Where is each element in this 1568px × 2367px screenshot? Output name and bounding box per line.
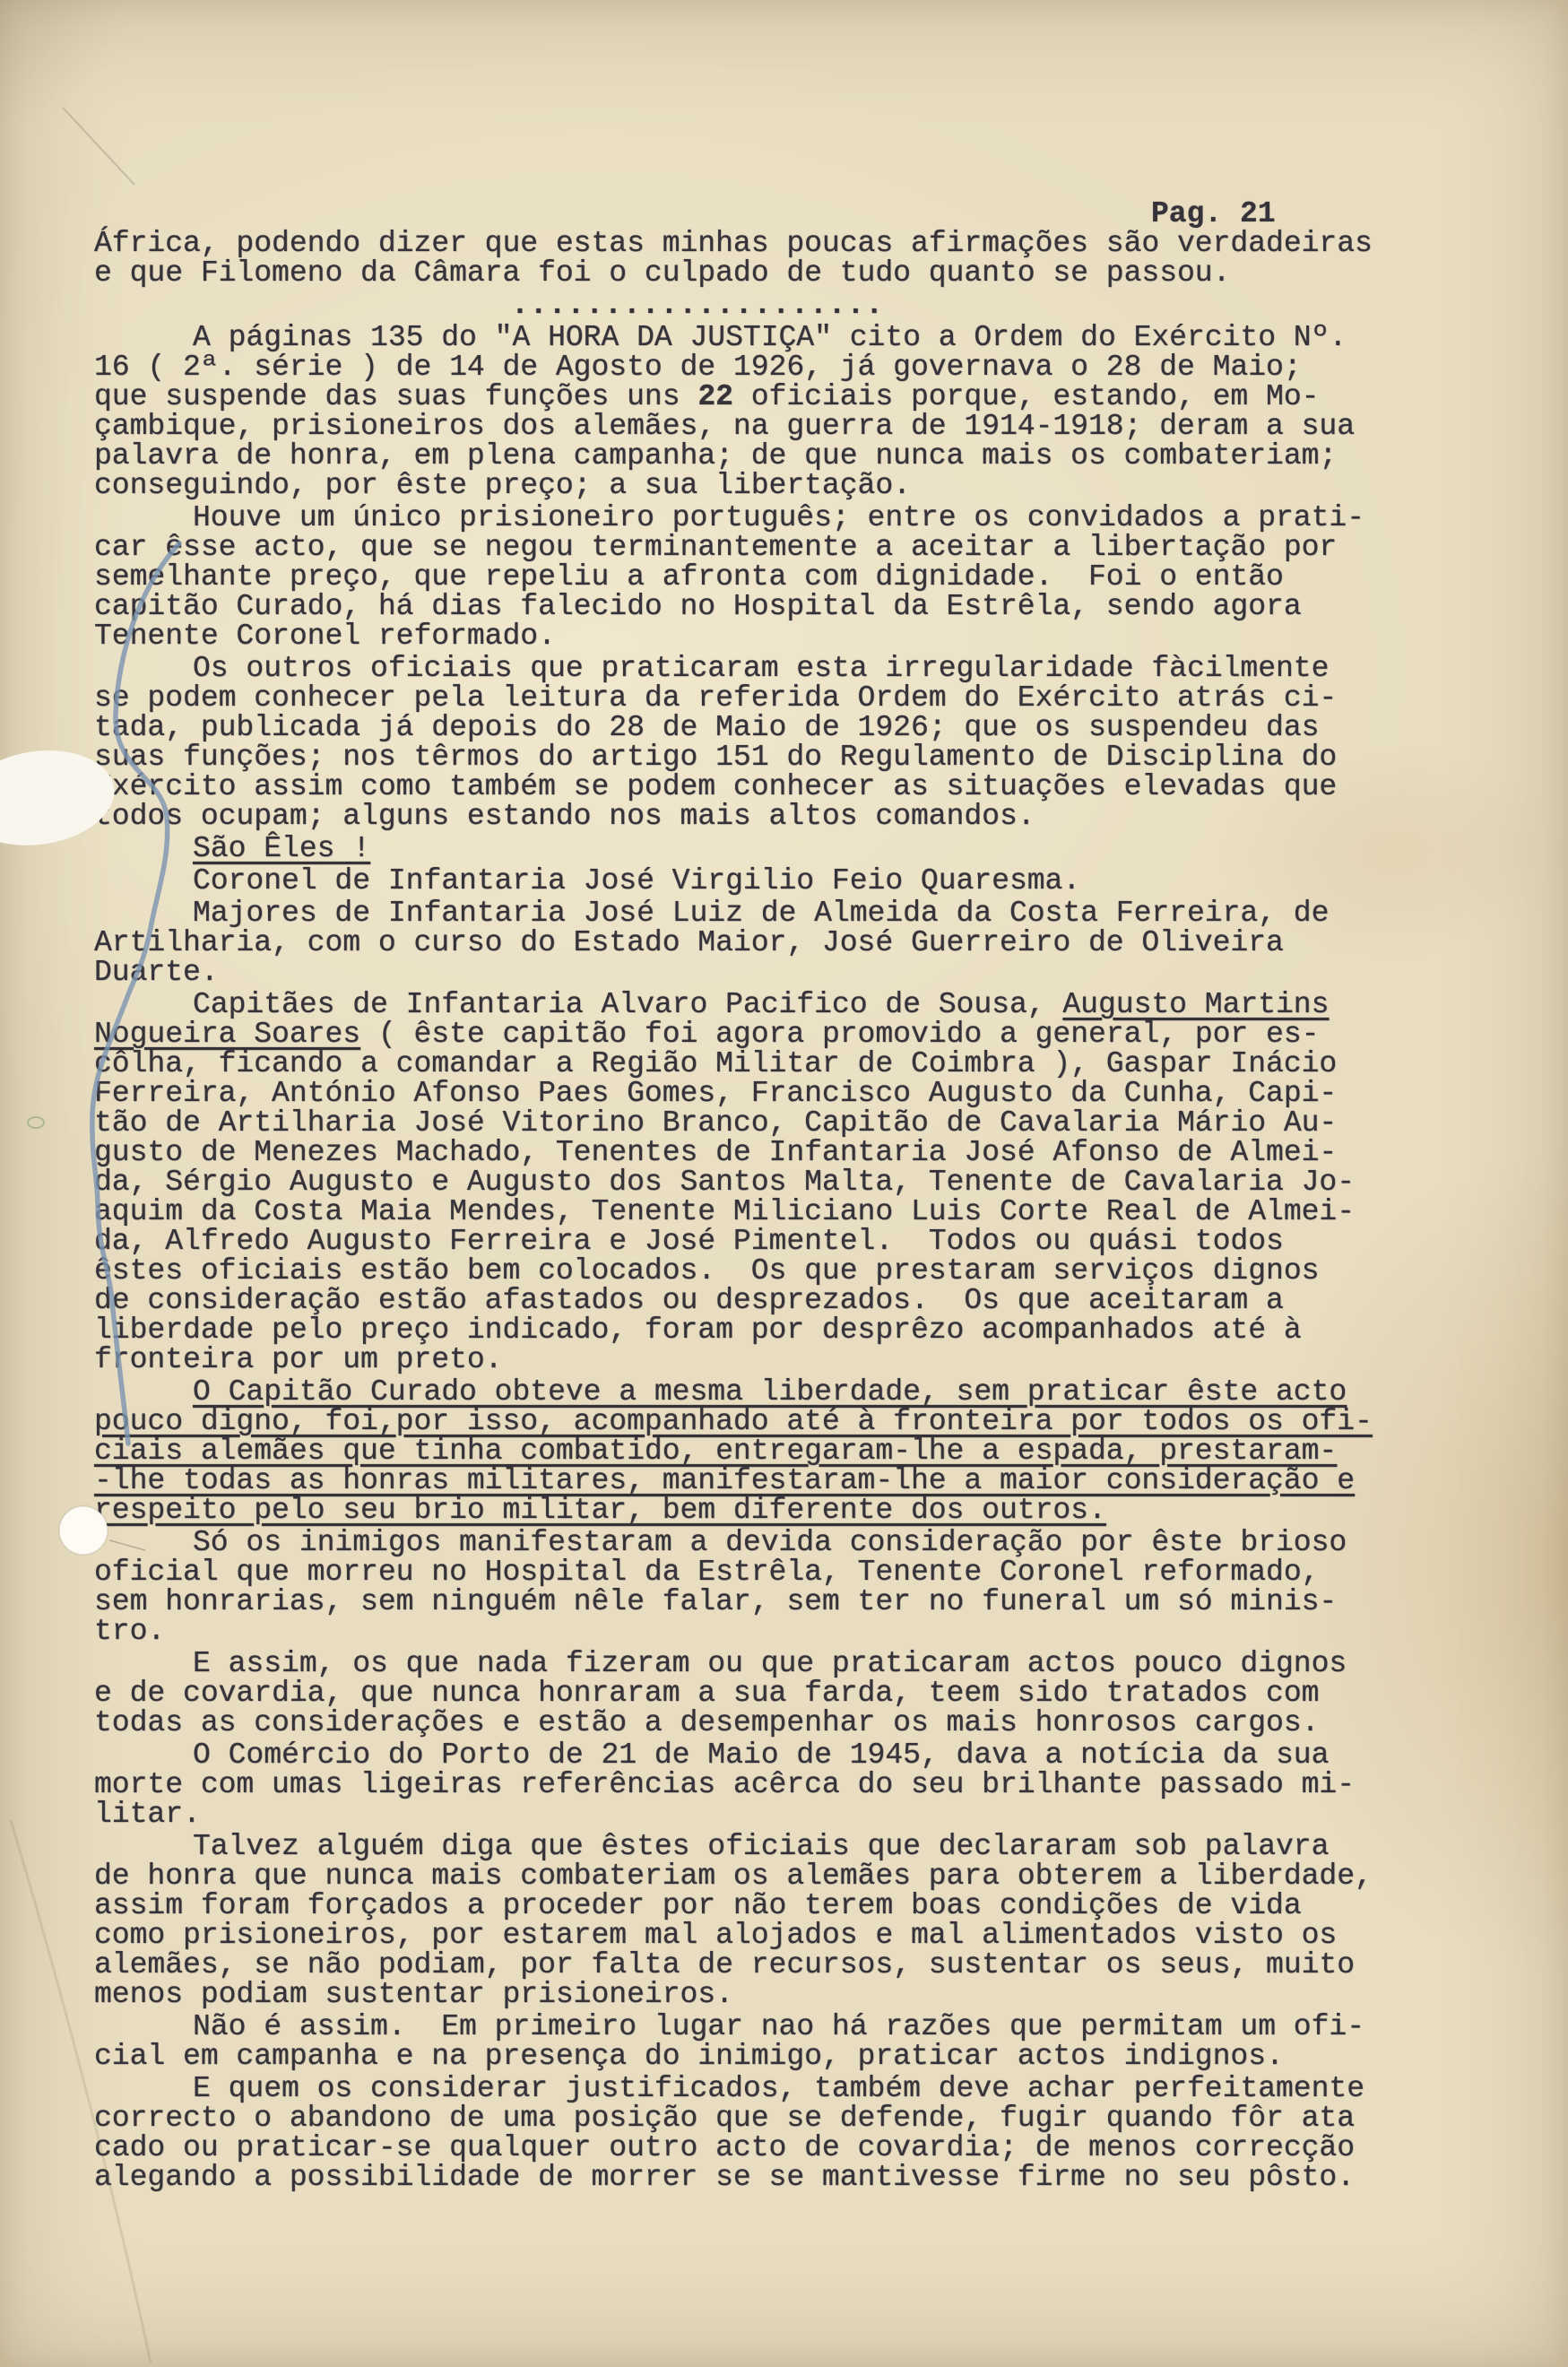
text-line: menos podiam sustentar prisioneiros. — [94, 1980, 1529, 2009]
paragraph: África, podendo dizer que estas minhas p… — [94, 229, 1529, 288]
text-line: Majores de Infantaria José Luiz de Almei… — [94, 898, 1529, 928]
paragraph: Coronel de Infantaria José Virgilio Feio… — [94, 866, 1529, 896]
text-line: todas as considerações e estão a desempe… — [94, 1708, 1529, 1738]
text-line: -lhe todas as honras militares, manifest… — [94, 1466, 1529, 1496]
text-line: Nogueira Soares ( êste capitão foi agora… — [94, 1019, 1529, 1049]
paragraph: E assim, os que nada fizeram ou que prat… — [94, 1649, 1529, 1738]
text-line: O Comércio do Porto de 21 de Maio de 194… — [94, 1740, 1529, 1770]
text-line: conseguindo, por êste preço; a sua liber… — [94, 471, 1529, 500]
text-line: oficial que morreu no Hospital da Estrêl… — [94, 1557, 1529, 1587]
pencil-speck — [28, 1117, 44, 1128]
text-line: sem honrarias, sem ninguém nêle falar, s… — [94, 1587, 1529, 1617]
text-line: liberdade pelo preço indicado, foram por… — [94, 1315, 1529, 1345]
text-line: palavra de honra, em plena campanha; de … — [94, 441, 1529, 471]
text-line: como prisioneiros, por estarem mal aloja… — [94, 1920, 1529, 1950]
text-line: .................... — [511, 290, 1529, 320]
text-line: ciais alemães que tinha combatido, entre… — [94, 1436, 1529, 1466]
paragraph: Majores de Infantaria José Luiz de Almei… — [94, 898, 1529, 987]
text-line: litar. — [94, 1799, 1529, 1829]
text-line: E assim, os que nada fizeram ou que prat… — [94, 1649, 1529, 1678]
text-line: 16 ( 2ª. série ) de 14 de Agosto de 1926… — [94, 352, 1529, 382]
text-line: assim foram forçados a proceder por não … — [94, 1891, 1529, 1920]
text-line: pouco digno, foi,por isso, acompanhado a… — [94, 1407, 1529, 1436]
text-line: e de covardia, que nunca honraram a sua … — [94, 1678, 1529, 1708]
text-line: África, podendo dizer que estas minhas p… — [94, 229, 1529, 258]
text-line: êstes oficiais estão bem colocados. Os q… — [94, 1256, 1529, 1286]
text-line: Exército assim como também se podem conh… — [94, 772, 1529, 802]
text-line: da, Sérgio Augusto e Augusto dos Santos … — [94, 1167, 1529, 1197]
text-line: A páginas 135 do "A HORA DA JUSTIÇA" cit… — [94, 323, 1529, 352]
text-line: respeito pelo seu brio militar, bem dife… — [94, 1496, 1529, 1525]
text-line: São Êles ! — [94, 834, 1529, 863]
text-line: gusto de Menezes Machado, Tenentes de In… — [94, 1138, 1529, 1167]
paragraph: Capitães de Infantaria Alvaro Pacifico d… — [94, 990, 1529, 1374]
text-line: Só os inimigos manifestaram a devida con… — [94, 1528, 1529, 1557]
text-line: todos ocupam; alguns estando nos mais al… — [94, 802, 1529, 831]
text-line: cial em campanha e na presença do inimig… — [94, 2042, 1529, 2071]
paragraph: O Comércio do Porto de 21 de Maio de 194… — [94, 1740, 1529, 1829]
text-line: Capitães de Infantaria Alvaro Pacifico d… — [94, 990, 1529, 1019]
text-line: Os outros oficiais que praticaram esta i… — [94, 654, 1529, 683]
text-line: Talvez alguém diga que êstes oficiais qu… — [94, 1832, 1529, 1861]
text-line: Não é assim. Em primeiro lugar nao há ra… — [94, 2012, 1529, 2042]
paragraph: Houve um único prisioneiro português; en… — [94, 503, 1529, 651]
paragraph: E quem os considerar justificados, també… — [94, 2074, 1529, 2192]
text-line: e que Filomeno da Câmara foi o culpado d… — [94, 258, 1529, 288]
text-line: capitão Curado, há dias falecido no Hosp… — [94, 592, 1529, 621]
text-line: semelhante preço, que repeliu a afronta … — [94, 562, 1529, 592]
separator-dots: .................... — [94, 290, 1529, 320]
paragraph: Não é assim. Em primeiro lugar nao há ra… — [94, 2012, 1529, 2071]
text-line: tão de Artilharia José Vitorino Branco, … — [94, 1108, 1529, 1138]
text-line: de honra que nunca mais combateriam os a… — [94, 1861, 1529, 1891]
text-line: da, Alfredo Augusto Ferreira e José Pime… — [94, 1227, 1529, 1256]
text-line: alegando a possibilidade de morrer se se… — [94, 2163, 1529, 2192]
corner-crease — [63, 108, 134, 185]
text-line: correcto o abandono de uma posição que s… — [94, 2103, 1529, 2133]
text-line: çambique, prisioneiros dos alemães, na g… — [94, 412, 1529, 441]
document-page: Pag. 21 África, podendo dizer que estas … — [0, 0, 1568, 2367]
text-line: Coronel de Infantaria José Virgilio Feio… — [94, 866, 1529, 896]
text-line: cado ou praticar-se qualquer outro acto … — [94, 2133, 1529, 2163]
text-line: de consideração estão afastados ou despr… — [94, 1286, 1529, 1315]
text-line: Duarte. — [94, 958, 1529, 987]
paragraph: Os outros oficiais que praticaram esta i… — [94, 654, 1529, 831]
text-line: morte com umas ligeiras referências acêr… — [94, 1770, 1529, 1799]
text-line: fronteira por um preto. — [94, 1345, 1529, 1374]
page-number: Pag. 21 — [1151, 197, 1276, 230]
paragraph: Talvez alguém diga que êstes oficiais qu… — [94, 1832, 1529, 2009]
document-body: África, podendo dizer que estas minhas p… — [94, 229, 1529, 2192]
text-line: car êsse acto, que se negou terminanteme… — [94, 533, 1529, 562]
text-line: aquim da Costa Maia Mendes, Tenente Mili… — [94, 1197, 1529, 1227]
text-line: Artilharia, com o curso do Estado Maior,… — [94, 928, 1529, 958]
text-line: Houve um único prisioneiro português; en… — [94, 503, 1529, 533]
text-line: se podem conhecer pela leitura da referi… — [94, 683, 1529, 713]
text-line: O Capitão Curado obteve a mesma liberdad… — [94, 1377, 1529, 1407]
text-line: tada, publicada já depois do 28 de Maio … — [94, 713, 1529, 742]
text-line: E quem os considerar justificados, també… — [94, 2074, 1529, 2103]
text-line: tro. — [94, 1617, 1529, 1646]
paragraph: O Capitão Curado obteve a mesma liberdad… — [94, 1377, 1529, 1525]
paragraph: Só os inimigos manifestaram a devida con… — [94, 1528, 1529, 1646]
text-line: alemães, se não podiam, por falta de rec… — [94, 1950, 1529, 1980]
paragraph: A páginas 135 do "A HORA DA JUSTIÇA" cit… — [94, 323, 1529, 500]
text-line: côlha, ficando a comandar a Região Milit… — [94, 1049, 1529, 1079]
text-line: Tenente Coronel reformado. — [94, 621, 1529, 651]
paragraph: São Êles ! — [94, 834, 1529, 863]
text-line: Ferreira, António Afonso Paes Gomes, Fra… — [94, 1079, 1529, 1108]
text-line: que suspende das suas funções uns 22 ofi… — [94, 382, 1529, 412]
text-line: suas funções; nos têrmos do artigo 151 d… — [94, 742, 1529, 772]
